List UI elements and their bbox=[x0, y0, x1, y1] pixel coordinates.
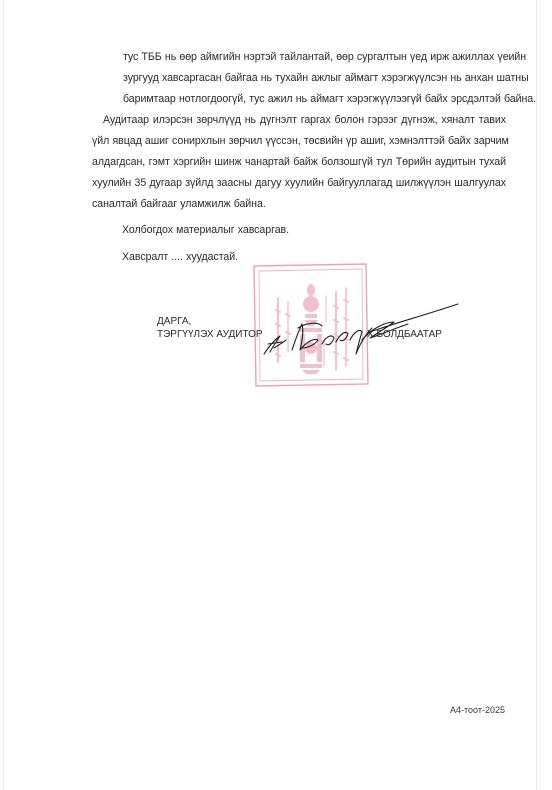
signatory-title-chairman: ДАРГА, bbox=[157, 315, 191, 328]
paragraph-line: баримтаар нотлогдоогүй, тус ажил нь айма… bbox=[123, 92, 506, 106]
paragraph-line: үйл явцад ашиг сонирхлын зөрчил үүссэн, … bbox=[92, 134, 506, 148]
document-reference-code: А4-тоот-2025 bbox=[450, 704, 505, 716]
paragraph-line: хуулийн 35 дугаар зүйлд заасны дагуу хуу… bbox=[92, 176, 506, 190]
scan-edge-right bbox=[536, 0, 537, 790]
attachment-pages: Хавсралт .... хуудастай. bbox=[122, 250, 238, 264]
paragraph-line: зургууд хавсаргасан байгаа нь тухайн ажл… bbox=[123, 71, 506, 85]
attachment-note: Холбогдох материалыг хавсаргав. bbox=[122, 223, 289, 237]
scan-edge-right-secondary bbox=[540, 0, 541, 790]
scan-edge-left bbox=[3, 0, 4, 790]
paragraph-line: саналтай байгааг уламжилж байна. bbox=[92, 197, 266, 211]
paragraph-line: алдагдсан, гэмт хэргийн шинж чанартай ба… bbox=[92, 155, 506, 169]
paragraph-line: тус ТББ нь өөр аймгийн нэртэй тайлантай,… bbox=[123, 50, 506, 64]
paragraph-line: Аудитаар илэрсэн зөрчлүүд нь дүгнэлт гар… bbox=[103, 113, 506, 127]
handwritten-signature bbox=[262, 298, 462, 358]
signatory-title-auditor: ТЭРГҮҮЛЭХ АУДИТОР bbox=[157, 328, 263, 341]
